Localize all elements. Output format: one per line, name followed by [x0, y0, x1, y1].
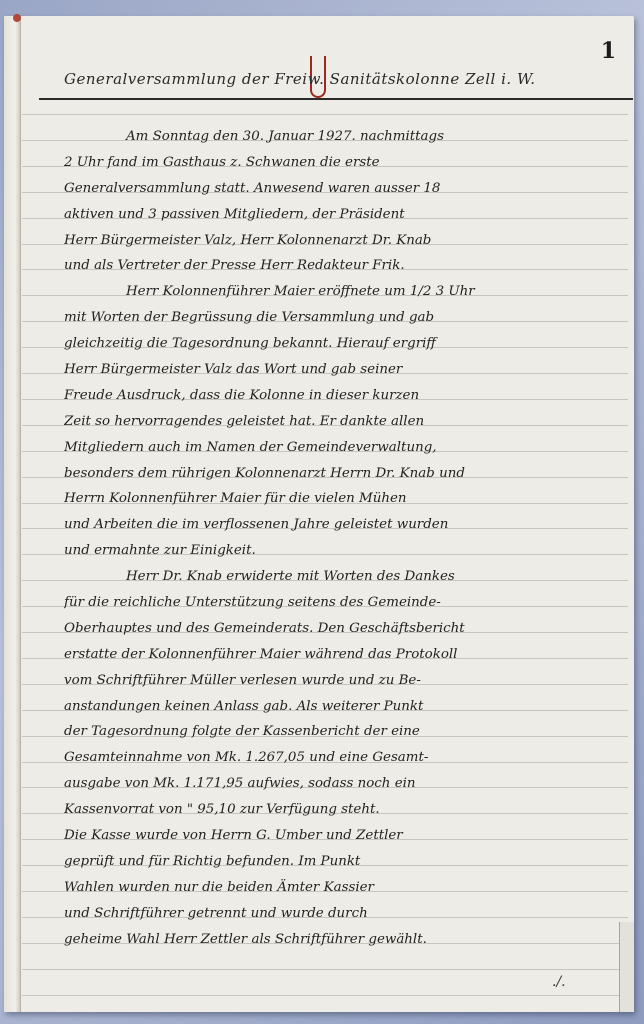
- text-line: Wahlen wurden nur die beiden Ämter Kassi…: [64, 875, 630, 901]
- text-line: erstatte der Kolonnenführer Maier währen…: [64, 642, 630, 668]
- text-line: aktiven und 3 passiven Mitgliedern, der …: [64, 202, 630, 228]
- text-line: Generalversammlung statt. Anwesend waren…: [64, 176, 630, 202]
- text-line: Herrn Kolonnenführer Maier für die viele…: [64, 486, 630, 512]
- text-line: Herr Kolonnenführer Maier eröffnete um 1…: [64, 279, 630, 305]
- text-line: und Arbeiten die im verflossenen Jahre g…: [64, 512, 630, 538]
- text-line: geprüft und für Richtig befunden. Im Pun…: [64, 849, 630, 875]
- text-line: Gesamteinnahme von Mk. 1.267,05 und eine…: [64, 745, 630, 771]
- binding-thread-mark: [13, 14, 21, 22]
- text-line: Zeit so hervorragendes geleistet hat. Er…: [64, 409, 630, 435]
- ruled-line: [22, 114, 628, 115]
- minutes-text: Am Sonntag den 30. Januar 1927. nachmitt…: [64, 124, 630, 953]
- text-line: Oberhauptes und des Gemeinderats. Den Ge…: [64, 616, 630, 642]
- ruled-line: [22, 969, 628, 970]
- notebook-page: 1 Generalversammlung der Freiw. Sanitäts…: [4, 16, 634, 1012]
- text-line: Herr Dr. Knab erwiderte mit Worten des D…: [64, 564, 630, 590]
- text-line: und Schriftführer getrennt und wurde dur…: [64, 901, 630, 927]
- text-line: geheime Wahl Herr Zettler als Schriftfüh…: [64, 927, 630, 953]
- text-line: Herr Bürgermeister Valz das Wort und gab…: [64, 357, 630, 383]
- closing-mark: ./.: [552, 974, 566, 990]
- text-line: Die Kasse wurde von Herrn G. Umber und Z…: [64, 823, 630, 849]
- page-binding: [4, 16, 21, 1012]
- text-line: Freude Ausdruck, dass die Kolonne in die…: [64, 383, 630, 409]
- text-line: ausgabe von Mk. 1.171,95 aufwies, sodass…: [64, 771, 630, 797]
- page-number: 1: [601, 38, 616, 64]
- text-line: gleichzeitig die Tagesordnung bekannt. H…: [64, 331, 630, 357]
- text-line: mit Worten der Begrüssung die Versammlun…: [64, 305, 630, 331]
- text-line: vom Schriftführer Müller verlesen wurde …: [64, 668, 630, 694]
- page-corner-fold: [619, 922, 634, 1012]
- text-line: und als Vertreter der Presse Herr Redakt…: [64, 253, 630, 279]
- text-line: Am Sonntag den 30. Januar 1927. nachmitt…: [64, 124, 630, 150]
- text-line: 2 Uhr fand im Gasthaus z. Schwanen die e…: [64, 150, 630, 176]
- text-line: der Tagesordnung folgte der Kassenberich…: [64, 719, 630, 745]
- text-line: Herr Bürgermeister Valz, Herr Kolonnenar…: [64, 228, 630, 254]
- title-underline: [39, 98, 633, 100]
- text-line: besonders dem rührigen Kolonnenarzt Herr…: [64, 461, 630, 487]
- text-line: für die reichliche Unterstützung seitens…: [64, 590, 630, 616]
- text-line: Kassenvorrat von " 95,10 zur Verfügung s…: [64, 797, 630, 823]
- text-line: und ermahnte zur Einigkeit.: [64, 538, 630, 564]
- page-title: Generalversammlung der Freiw. Sanitätsko…: [64, 70, 624, 88]
- text-line: anstandungen keinen Anlass gab. Als weit…: [64, 694, 630, 720]
- ruled-line: [22, 995, 628, 996]
- text-line: Mitgliedern auch im Namen der Gemeindeve…: [64, 435, 630, 461]
